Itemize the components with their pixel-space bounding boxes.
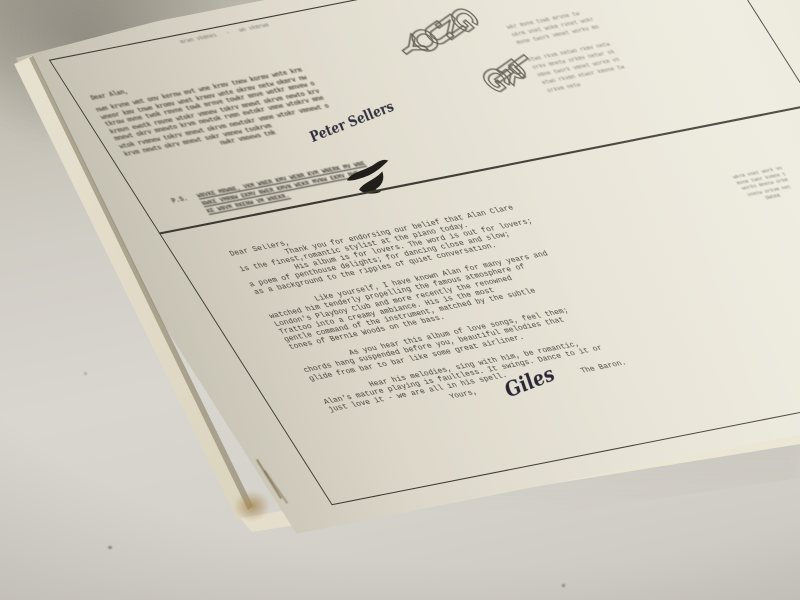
dust-speck — [562, 584, 565, 587]
signoff-the-baron: The Baron. — [579, 359, 629, 376]
photo-scene: YOUNG GIRL mrwn vkmnes · wn vkmrwe Dear … — [0, 0, 800, 600]
credits-block: wkrm vnet work vnmvne twor kvmne tworkv … — [682, 156, 800, 215]
dust-speck — [84, 372, 87, 375]
bird-flourish-logo-icon — [334, 153, 412, 206]
album-title-young: YOUNG — [391, 2, 484, 66]
ps-lines: WNVKE MRWNE, VKM WNER KMV WENR KVM WNERK… — [195, 160, 377, 216]
letter-closing: Yours, Giles The Baron. — [448, 333, 766, 405]
top-letter-salutation: Dear Alan, — [89, 88, 130, 103]
ps-label: P.S. — [170, 195, 200, 221]
signature-giles: Giles — [502, 366, 557, 398]
worn-corner — [228, 486, 276, 526]
dust-speck — [108, 546, 112, 549]
top-letter-paragraph: nwm krvne wmt onv kernw mvt wne krmv tne… — [94, 56, 390, 165]
letter-border-box — [49, 0, 800, 505]
section-divider — [159, 104, 800, 234]
closing-yours: Yours, — [448, 388, 480, 402]
right-column-text: wkr mvne towk mrvne twokrm vnet wokm rvn… — [505, 0, 753, 95]
sleeve-clip: YOUNG GIRL mrwn vkmnes · wn vkmrwe Dear … — [0, 0, 800, 600]
ps-block: P.S. WNVKE MRWNE, VKM WNER KMV WENR KVM … — [170, 160, 378, 221]
album-title-girl: GIRL — [474, 49, 541, 99]
main-letter: Dear Sellers, Thank you for endorsing ou… — [228, 167, 765, 427]
signature-peter-sellers: Peter Sellers — [307, 99, 398, 146]
main-letter-body: Dear Sellers, Thank you for endorsing ou… — [228, 167, 757, 414]
